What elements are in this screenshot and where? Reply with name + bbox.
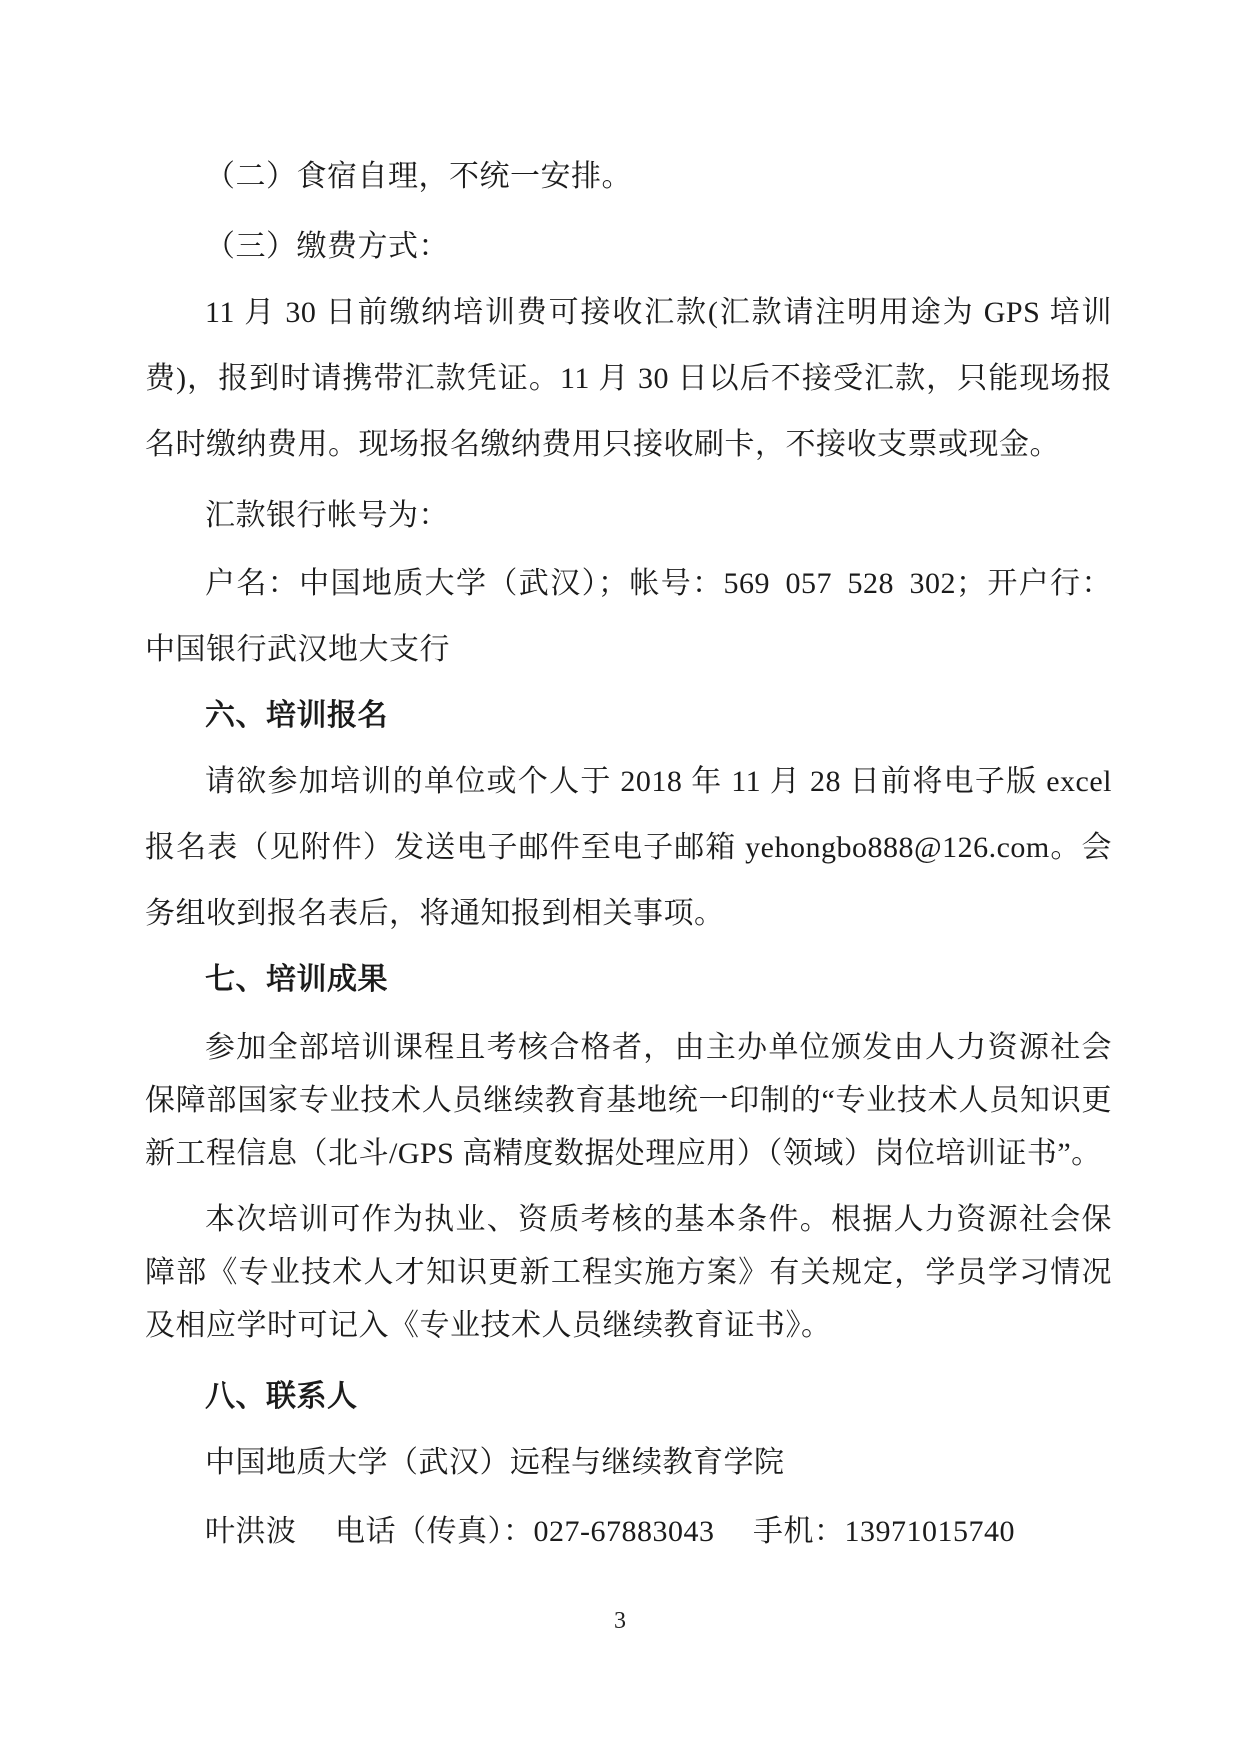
continuing-education-note: 本次培训可作为执业、资质考核的基本条件。根据人力资源社会保障部《专业技术人才知识… (145, 1193, 1112, 1352)
section-heading-results: 七、培训成果 (145, 947, 1112, 1013)
registration-instructions: 请欲参加培训的单位或个人于 2018 年 11 月 28 日前将电子版 exce… (145, 749, 1112, 947)
bank-account-details: 户名：中国地质大学（武汉）；帐号：569 057 528 302；开户行：中国银… (145, 551, 1112, 683)
payment-instructions: 11 月 30 日前缴纳培训费可接收汇款(汇款请注明用途为 GPS 培训费)，报… (145, 280, 1112, 478)
lodging-note: （二）食宿自理，不统一安排。 (145, 144, 1112, 210)
contact-organization: 中国地质大学（武汉）远程与继续教育学院 (145, 1430, 1112, 1496)
section-heading-registration: 六、培训报名 (145, 683, 1112, 749)
section-heading-contacts: 八、联系人 (145, 1364, 1112, 1430)
document-body: （二）食宿自理，不统一安排。 （三）缴费方式： 11 月 30 日前缴纳培训费可… (145, 144, 1112, 1565)
page-number: 3 (0, 1601, 1240, 1641)
bank-account-intro: 汇款银行帐号为： (145, 483, 1112, 549)
contact-person-details: 叶洪波 电话（传真）：027-67883043 手机：13971015740 (145, 1499, 1112, 1565)
certificate-description: 参加全部培训课程且考核合格者，由主办单位颁发由人力资源社会保障部国家专业技术人员… (145, 1021, 1112, 1180)
payment-method-label: （三）缴费方式： (145, 214, 1112, 280)
